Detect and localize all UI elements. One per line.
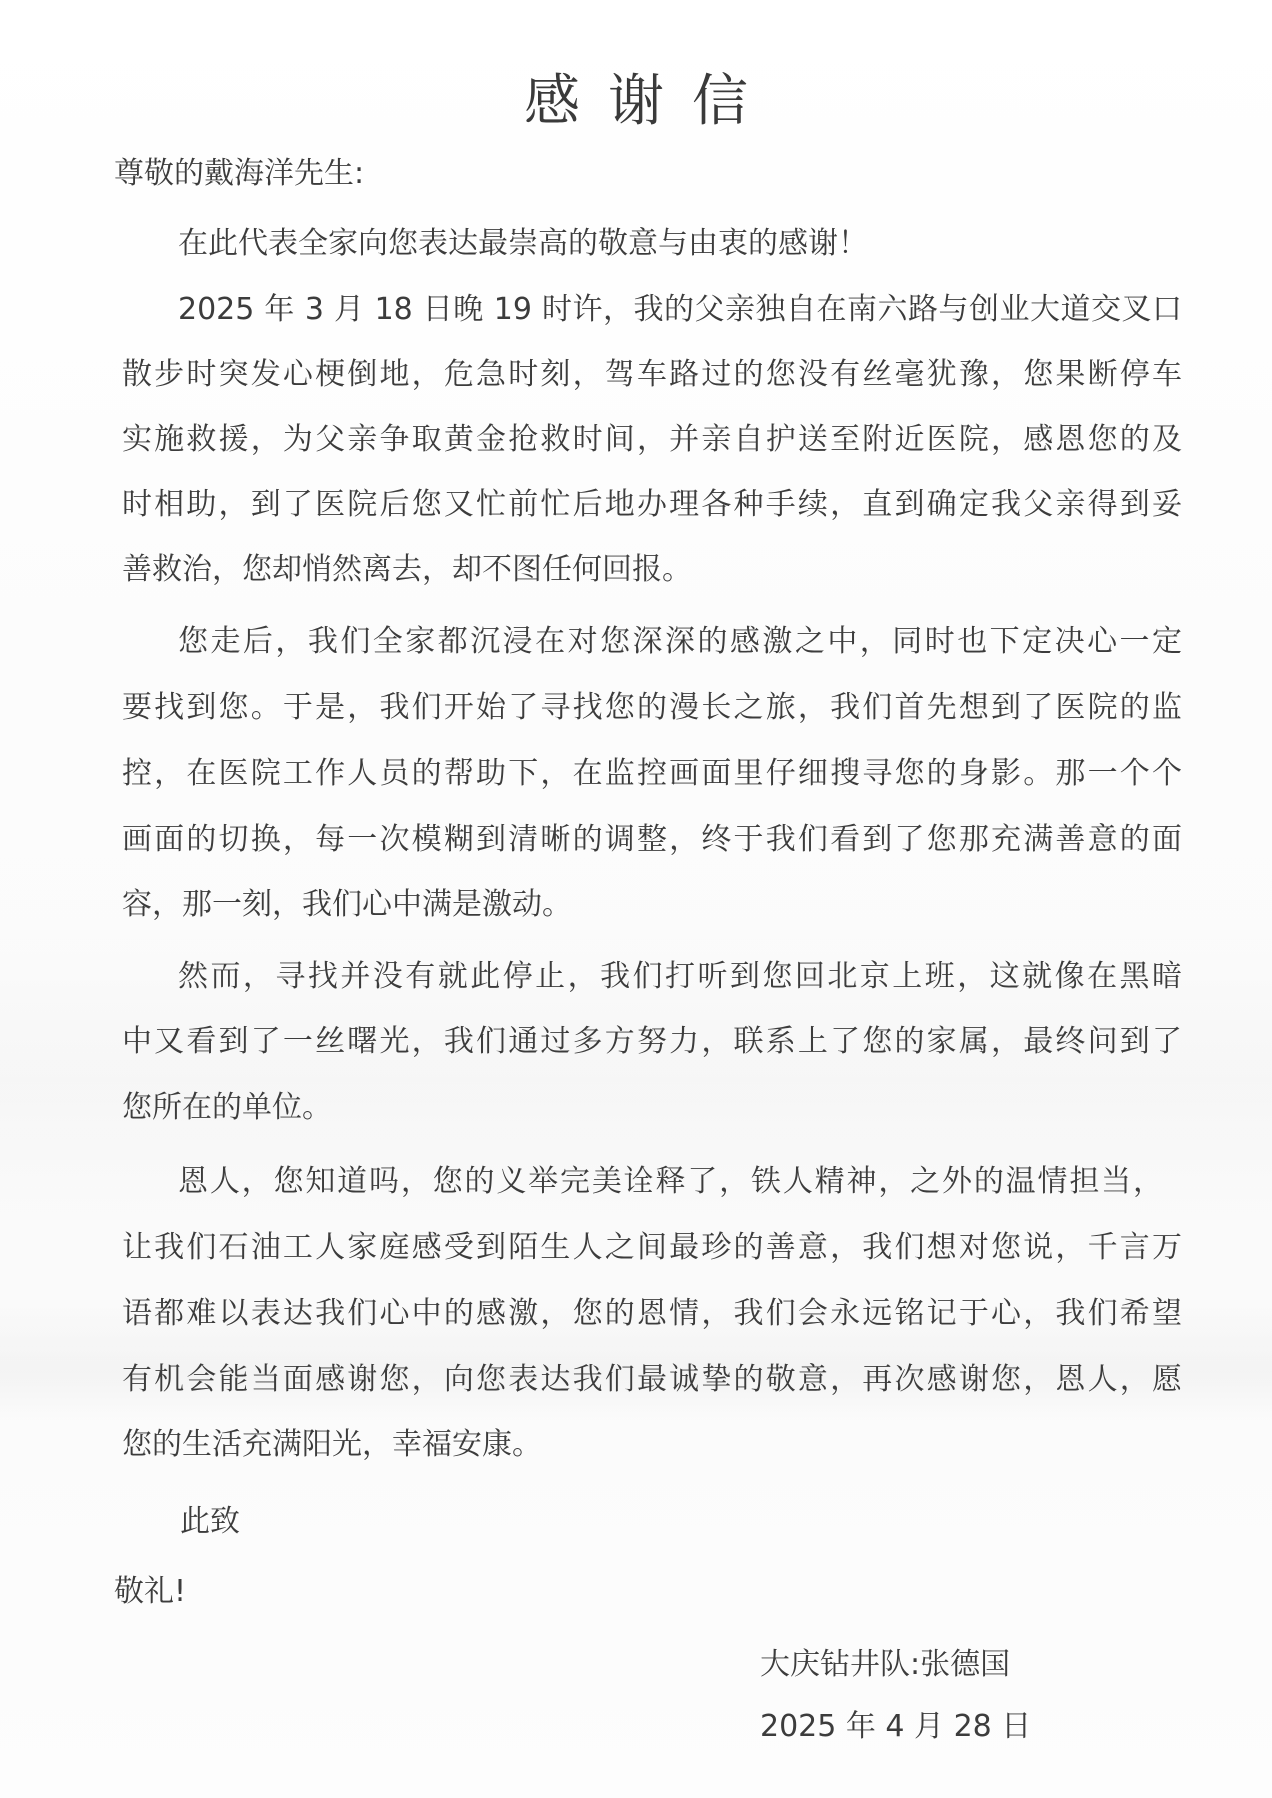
paragraph-2-line-2: 散步时突发心梗倒地，危急时刻，驾车路过的您没有丝毫犹豫，您果断停车 <box>122 355 1182 395</box>
paragraph-3-line-2: 要找到您。于是，我们开始了寻找您的漫长之旅，我们首先想到了医院的监 <box>122 688 1182 728</box>
paragraph-3-line-1: 您走后，我们全家都沉浸在对您深深的感激之中，同时也下定决心一定 <box>178 622 1182 662</box>
paragraph-3-line-4: 画面的切换，每一次模糊到清晰的调整，终于我们看到了您那充满善意的面 <box>122 820 1182 860</box>
paragraph-2-line-1: 2025 年 3 月 18 日晚 19 时许，我的父亲独自在南六路与创业大道交叉… <box>178 290 1182 330</box>
closing-line-1: 此致 <box>180 1502 240 1542</box>
paragraph-5-line-1: 恩人，您知道吗，您的义举完美诠释了，铁人精神，之外的温情担当， <box>178 1162 1163 1202</box>
paragraph-4-line-1: 然而，寻找并没有就此停止，我们打听到您回北京上班，这就像在黑暗 <box>178 957 1182 997</box>
paragraph-1-line-1: 在此代表全家向您表达最崇高的敬意与由衷的感谢！ <box>178 224 868 264</box>
signature-date: 2025 年 4 月 28 日 <box>760 1707 1031 1747</box>
paragraph-5-line-4: 有机会能当面感谢您，向您表达我们最诚挚的敬意，再次感谢您，恩人，愿 <box>122 1360 1182 1400</box>
paragraph-5-line-3: 语都难以表达我们心中的感激，您的恩情，我们会永远铭记于心，我们希望 <box>122 1294 1182 1334</box>
paragraph-5-line-2: 让我们石油工人家庭感受到陌生人之间最珍的善意，我们想对您说，千言万 <box>122 1228 1182 1268</box>
paragraph-5-line-5: 您的生活充满阳光，幸福安康。 <box>122 1425 1182 1465</box>
salutation: 尊敬的戴海洋先生: <box>114 154 364 194</box>
signature-sender: 大庆钻井队:张德国 <box>760 1645 1010 1685</box>
closing-line-2: 敬礼! <box>114 1572 186 1612</box>
paragraph-2-line-4: 时相助，到了医院后您又忙前忙后地办理各种手续，直到确定我父亲得到妥 <box>122 485 1182 525</box>
letter-title: 感谢信 <box>0 66 1272 138</box>
paragraph-4-line-3: 您所在的单位。 <box>122 1088 1182 1128</box>
paragraph-4-line-2: 中又看到了一丝曙光，我们通过多方努力，联系上了您的家属，最终问到了 <box>122 1022 1182 1062</box>
letter-page: 感谢信 尊敬的戴海洋先生: 在此代表全家向您表达最崇高的敬意与由衷的感谢！ 20… <box>0 0 1272 1798</box>
paragraph-3-line-3: 控，在医院工作人员的帮助下，在监控画面里仔细搜寻您的身影。那一个个 <box>122 754 1182 794</box>
paragraph-3-line-5: 容，那一刻，我们心中满是激动。 <box>122 885 1182 925</box>
paragraph-2-line-3: 实施救援，为父亲争取黄金抢救时间，并亲自护送至附近医院，感恩您的及 <box>122 420 1182 460</box>
paragraph-2-line-5: 善救治，您却悄然离去，却不图任何回报。 <box>122 550 1182 590</box>
